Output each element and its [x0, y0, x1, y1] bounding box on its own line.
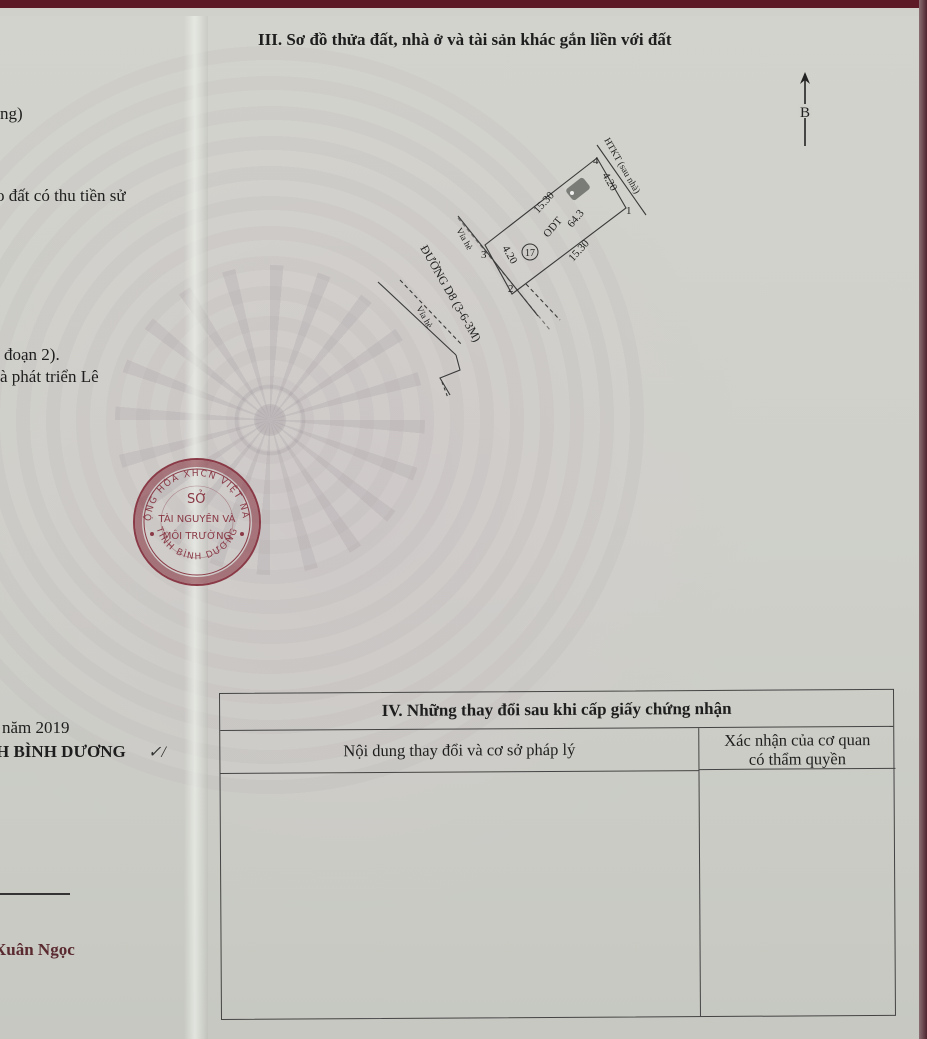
svg-text:15.30: 15.30 [531, 189, 557, 216]
stamp-center-line-1: SỞ [135, 493, 259, 507]
north-arrow-icon: B [790, 70, 820, 150]
watermark-drum-core [215, 365, 325, 475]
svg-text:17: 17 [525, 248, 535, 259]
stamp-center-line-2: TÀI NGUYÊN VÀ [135, 513, 259, 527]
parcel-sketch: 17 ODT 64.3 15.30 15.30 4.20 4.20 4 1 2 … [360, 120, 680, 410]
section-3-title: III. Sơ đồ thửa đất, nhà ở và tài sản kh… [258, 30, 672, 50]
left-text-fragment-4: à phát triển Lê [0, 367, 99, 387]
cover-edge-right [919, 0, 927, 1039]
svg-text:1: 1 [626, 205, 632, 217]
svg-text:15.30: 15.30 [566, 237, 592, 264]
change-content-cell [220, 771, 700, 1019]
column-header-authority-line-2: có thẩm quyền [699, 749, 895, 769]
svg-text:4.20: 4.20 [499, 244, 519, 267]
column-header-change-content: Nội dung thay đổi và cơ sở pháp lý [220, 728, 699, 774]
column-header-authority-line-1: Xác nhận của cơ quan [699, 730, 895, 750]
left-text-fragment-2: o đất có thu tiền sử [0, 186, 126, 206]
signature-line [0, 893, 70, 895]
svg-text:Vỉa hè: Vỉa hè [414, 304, 435, 330]
svg-text:64.3: 64.3 [565, 207, 587, 230]
authority-confirmation-cell [699, 770, 896, 1016]
left-text-fragment-1: ng) [0, 104, 23, 124]
svg-text:3: 3 [481, 249, 487, 261]
left-text-fragment-3: đoạn 2). [4, 345, 60, 365]
signer-name-fragment: Xuân Ngọc [0, 940, 75, 960]
svg-text:ODT: ODT [541, 215, 565, 240]
signature-mark-icon: ✓/ [148, 742, 166, 762]
section-4-title: IV. Những thay đổi sau khi cấp giấy chứn… [220, 690, 893, 731]
svg-text:4: 4 [593, 155, 599, 167]
svg-text:Vỉa hè: Vỉa hè [454, 226, 475, 252]
cover-edge-top [0, 0, 927, 12]
svg-text:B: B [800, 105, 810, 121]
stamp-center-line-3: MÔI TRƯỜNG [135, 530, 259, 544]
changes-table: IV. Những thay đổi sau khi cấp giấy chứn… [219, 689, 896, 1020]
certificate-page: ng) o đất có thu tiền sử đoạn 2). à phát… [0, 0, 927, 1039]
svg-text:2: 2 [508, 283, 514, 295]
official-stamp: CỘNG HÒA XHCN VIỆT NAM TỈNH BÌNH DƯƠNG S… [133, 458, 261, 586]
authority-fragment: H BÌNH DƯƠNG [0, 742, 126, 762]
issue-date-fragment: năm 2019 [2, 718, 70, 738]
column-header-authority-confirmation: Xác nhận của cơ quan có thẩm quyền [699, 727, 895, 770]
